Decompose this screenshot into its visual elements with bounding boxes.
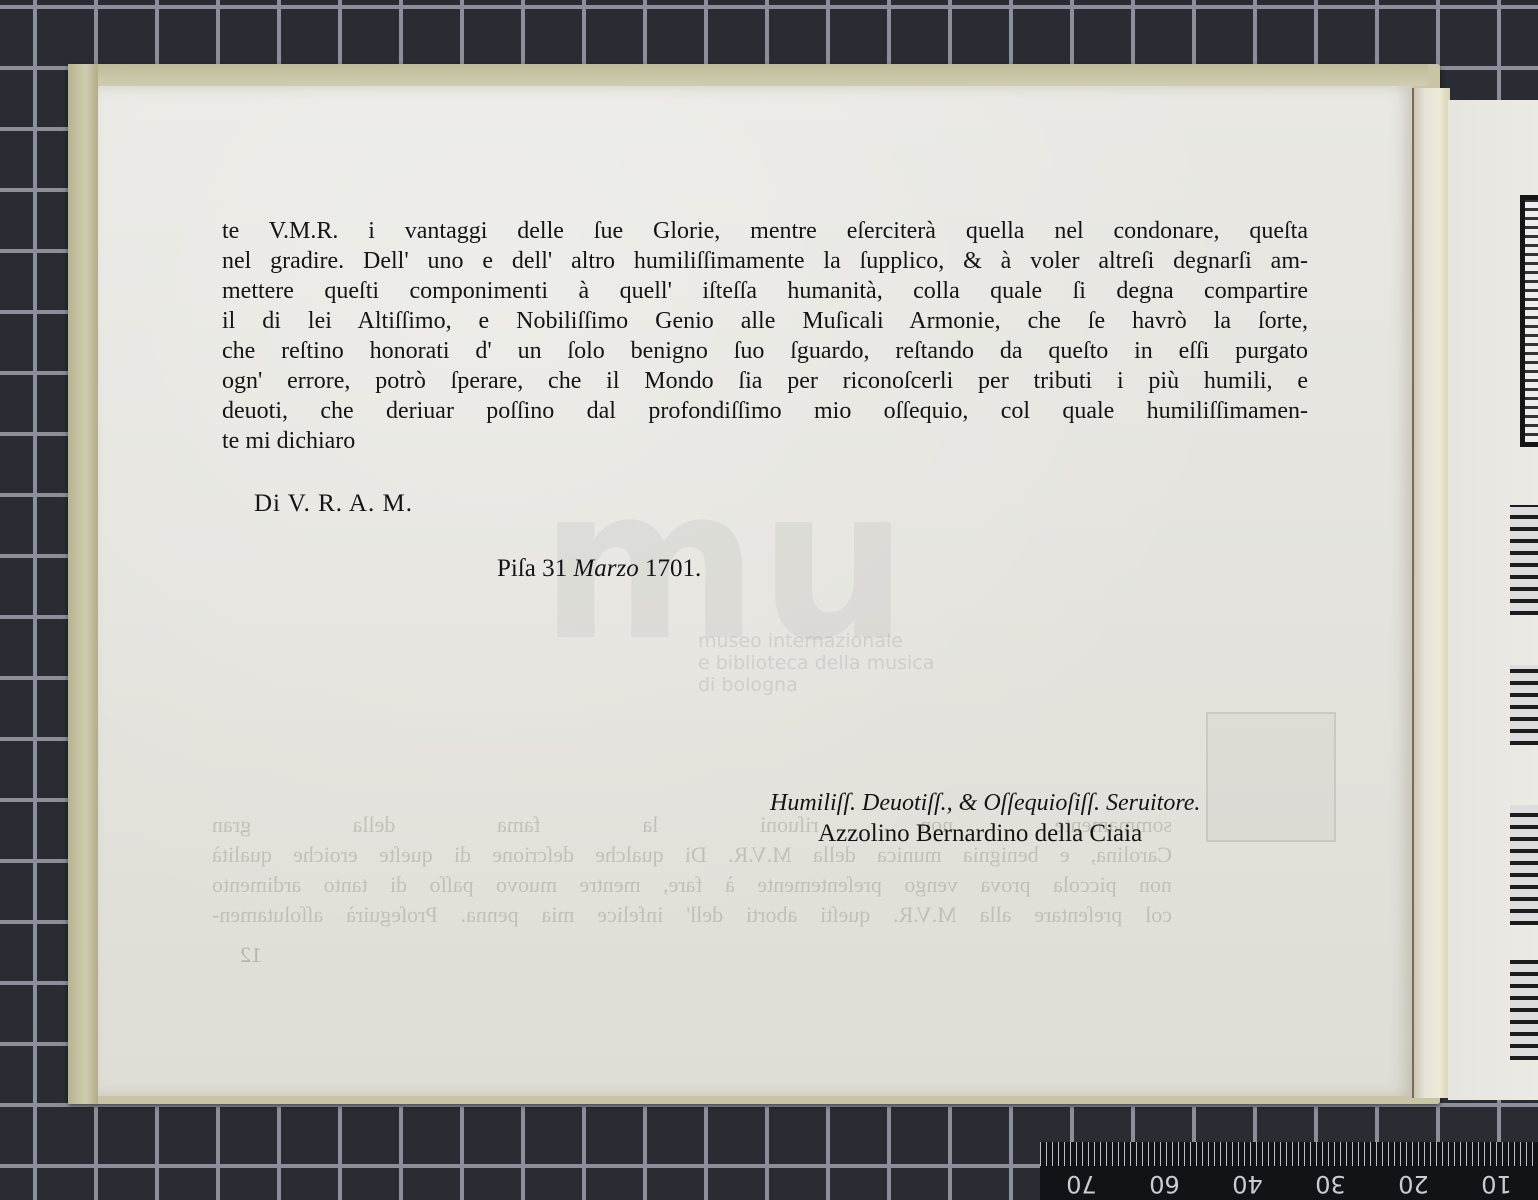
month: Marzo [573,555,638,582]
ruler-label: 60 [1149,1170,1180,1198]
ornament-block-icon [1510,805,1538,925]
cover-left-edge [68,64,98,1104]
library-stamp-ghost [1206,712,1336,842]
measuring-ruler: 10 20 30 40 60 70 [1040,1142,1538,1200]
watermark-line: museo internazionale [698,630,934,652]
salutation: Di V. R. A. M. [254,490,413,518]
body-line: te V.M.R. i vantaggi delle ſue Glorie, m… [222,216,1308,246]
ornament-block-icon [1510,505,1538,615]
body-line: te mi dichiaro [222,426,1308,456]
year: 1701. [645,555,701,582]
cover-top-edge [68,64,1428,86]
ruler-labels: 10 20 30 40 60 70 [1040,1170,1538,1198]
show-through-line: col preſentare alla M.V.R. queſti aborti… [212,900,1172,930]
watermark-text: museo internazionale e biblioteca della … [698,630,934,696]
book-spine [1412,88,1450,1098]
watermark-line: di bologna [698,674,934,696]
page-number-mirrored: 12 [240,942,262,968]
show-through-line: non piccola prova vengo preſentemente à … [212,870,1172,900]
ornamental-frame-icon [1520,195,1538,447]
place: Piſa 31 [497,555,567,582]
body-line: mettere queſti componimenti à quell' iſt… [222,276,1308,306]
body-line: deuoti, che deriuar poſſino dal profondi… [222,396,1308,426]
ruler-label: 30 [1315,1170,1346,1198]
ruler-label: 20 [1398,1170,1429,1198]
body-line: il di lei Altiſſimo, e Nobiliſſimo Genio… [222,306,1308,336]
ornament-block-icon [1510,960,1538,1060]
ruler-label: 10 [1481,1170,1512,1198]
watermark-line: e biblioteca della musica [698,652,934,674]
ruler-label: 70 [1066,1170,1097,1198]
ruler-label: 40 [1232,1170,1263,1198]
body-line: ogn' errore, potrò ſperare, che il Mondo… [222,366,1308,396]
ornament-block-icon [1510,665,1538,745]
body-line: che reſtino honorati d' un ſolo benigno … [222,336,1308,366]
body-text: te V.M.R. i vantaggi delle ſue Glorie, m… [222,216,1308,456]
place-date: Piſa 31 Marzo 1701. [497,555,701,583]
signature-name: Azzolino Bernardino della Ciaia [818,820,1142,848]
signature-title: Humiliſſ. Deuotiſſ., & Oſſequioſiſſ. Ser… [770,790,1200,817]
body-line: nel gradire. Dell' uno e dell' altro hum… [222,246,1308,276]
